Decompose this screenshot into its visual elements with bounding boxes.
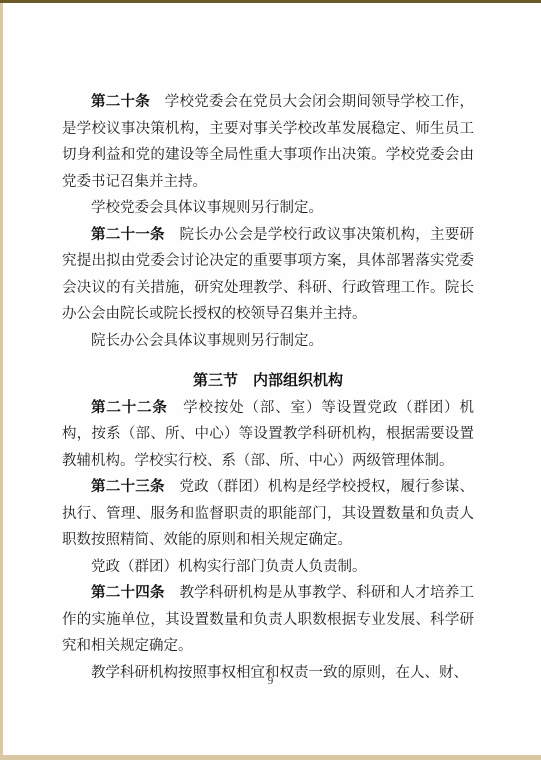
article-paragraph: 第二十二条 学校按处（部、室）等设置党政（群团）机构，按系（部、所、中心）等设置…: [62, 395, 474, 475]
paragraph: 党政（群团）机构实行部门负责人负责制。: [62, 554, 474, 581]
article-number: 第二十一条: [91, 227, 165, 243]
document-content: 第二十条 学校党委会在党员大会闭会期间领导学校工作，是学校议事决策机构，主要对事…: [62, 89, 474, 686]
article-paragraph: 第二十一条 院长办公会是学校行政议事决策机构，主要研究提出拟由党委会讨论决定的重…: [62, 222, 474, 328]
article-paragraph: 第二十三条 党政（群团）机构是经学校授权，履行参谋、执行、管理、服务和监督职责的…: [62, 474, 474, 554]
document-page: 第二十条 学校党委会在党员大会闭会期间领导学校工作，是学校议事决策机构，主要对事…: [0, 0, 541, 760]
article-number: 第二十条: [91, 94, 150, 110]
page-left-edge: [0, 3, 3, 760]
page-number: 9: [0, 675, 541, 687]
article-paragraph: 第二十条 学校党委会在党员大会闭会期间领导学校工作，是学校议事决策机构，主要对事…: [62, 89, 474, 195]
article-number: 第二十二条: [91, 400, 168, 416]
article-number: 第二十四条: [91, 585, 165, 601]
paragraph: 学校党委会具体议事规则另行制定。: [62, 195, 474, 222]
article-paragraph: 第二十四条 教学科研机构是从事教学、科研和人才培养工作的实施单位，其设置数量和负…: [62, 580, 474, 660]
section-heading: 第三节 内部组织机构: [62, 368, 474, 395]
page-bottom-edge: [0, 755, 541, 760]
article-number: 第二十三条: [91, 479, 165, 495]
paragraph: 院长办公会具体议事规则另行制定。: [62, 328, 474, 355]
